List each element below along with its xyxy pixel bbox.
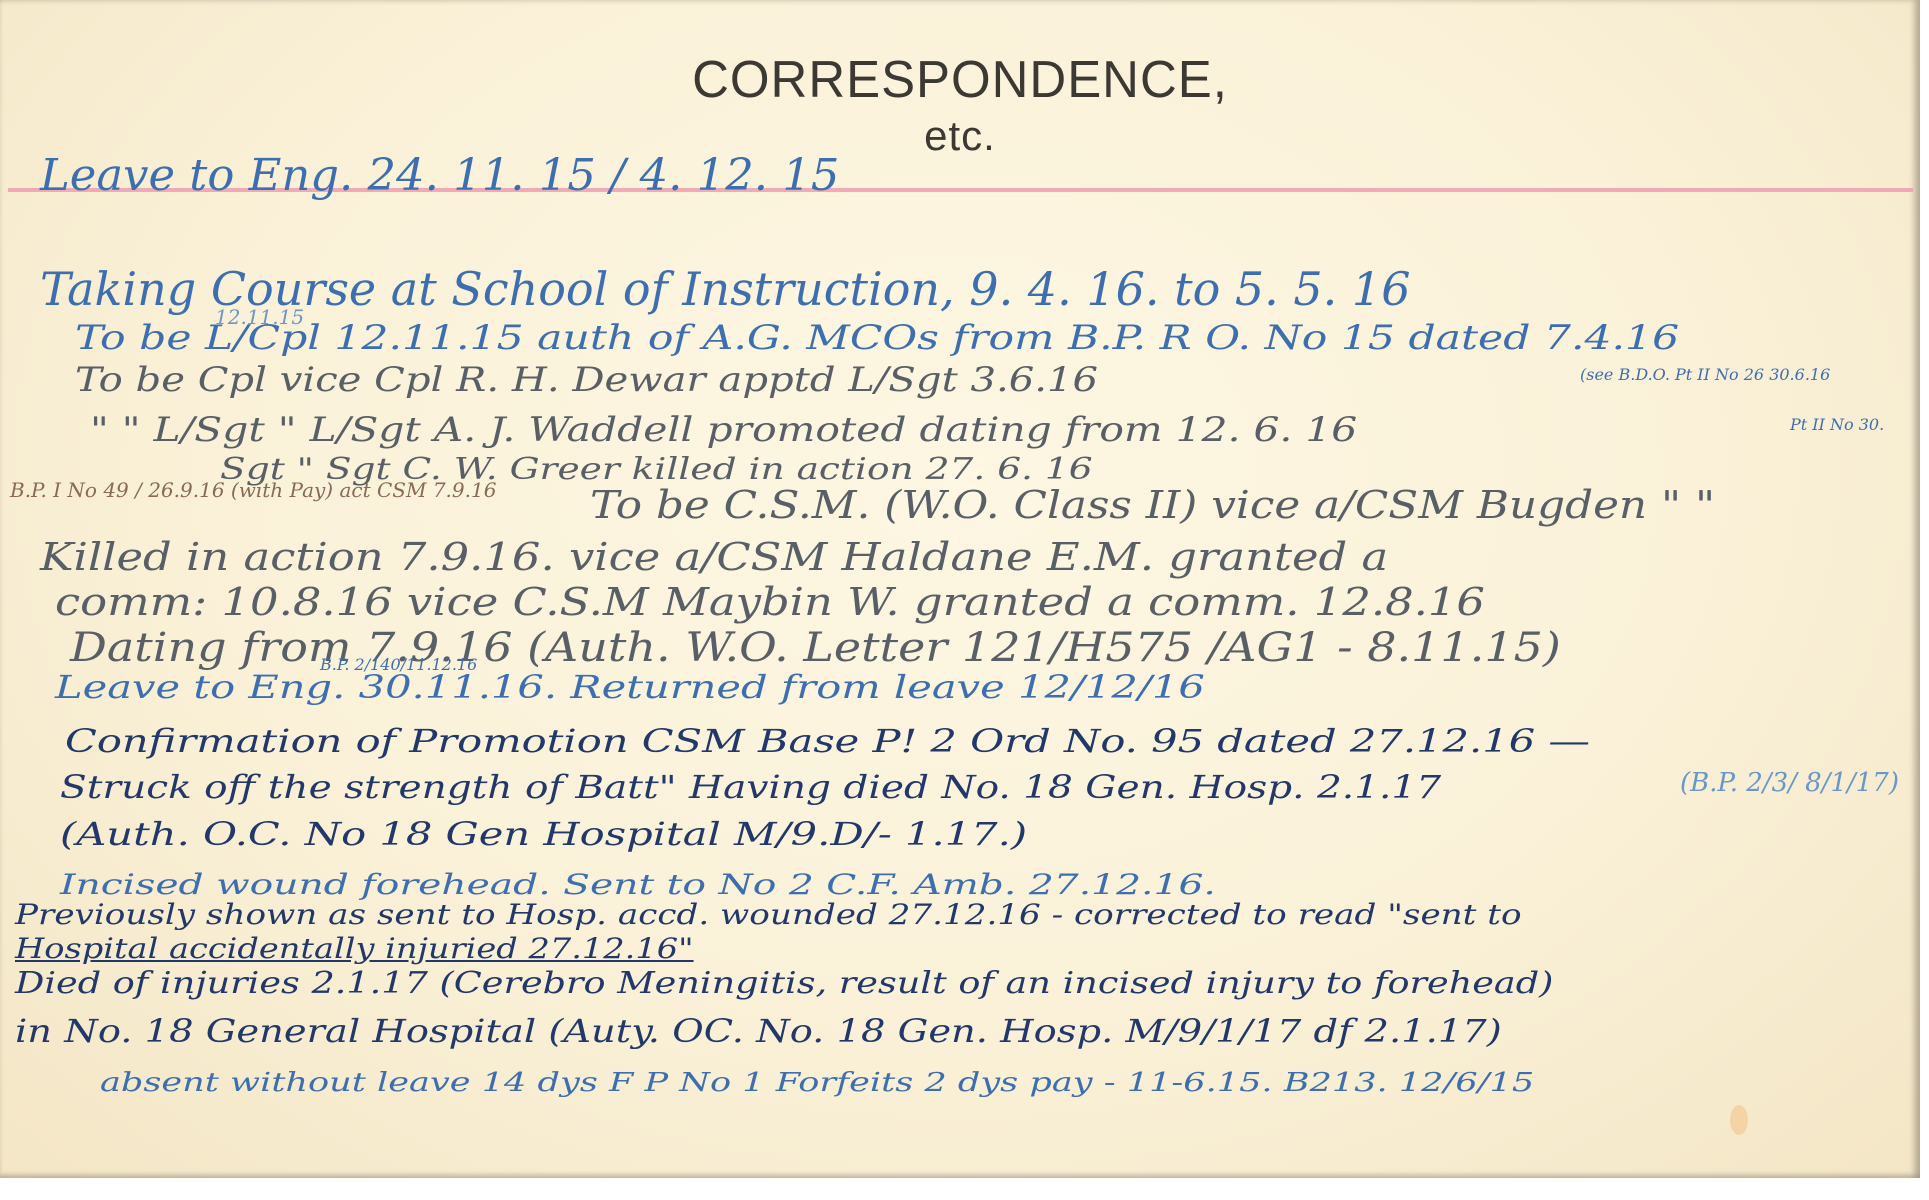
entry-cpl: To be Cpl vice Cpl R. H. Dewar apptd L/S…	[75, 360, 1098, 400]
entry-in-no18: in No. 18 General Hospital (Auty. OC. No…	[15, 1012, 1502, 1050]
entry-confirmation: Confirmation of Promotion CSM Base P! 2 …	[65, 722, 1590, 760]
entry-previously: Previously shown as sent to Hosp. accd. …	[15, 898, 1522, 931]
entry-lsgt: " " L/Sgt " L/Sgt A. J. Waddell promoted…	[90, 410, 1357, 450]
service-record-card: CORRESPONDENCE, etc. Leave to Eng. 24. 1…	[0, 0, 1920, 1178]
entry-leave-1916: Leave to Eng. 30.11.16. Returned from le…	[55, 668, 1205, 706]
paper-stain	[1730, 1105, 1748, 1135]
entry-csm: To be C.S.M. (W.O. Class II) vice a/CSM …	[590, 483, 1715, 527]
entry-cpl-ref: (see B.D.O. Pt II No 26 30.6.16	[1580, 365, 1830, 384]
entry-side-ref: B.P. I No 49 / 26.9.16 (with Pay) act CS…	[10, 478, 496, 502]
entry-killed: Killed in action 7.9.16. vice a/CSM Hald…	[40, 535, 1388, 579]
entry-struck-off: Struck off the strength of Batt" Having …	[60, 768, 1441, 806]
entry-comm: comm: 10.8.16 vice C.S.M Maybin W. grant…	[55, 580, 1485, 624]
entry-died: Died of injuries 2.1.17 (Cerebro Meningi…	[15, 966, 1553, 1001]
entry-leave-1915: Leave to Eng. 24. 11. 15 / 4. 12. 15	[40, 150, 839, 201]
entry-hospital: Hospital accidentally injuried 27.12.16"	[15, 932, 694, 965]
entry-lsgt-ref: Pt II No 30.	[1790, 415, 1884, 434]
entry-auth-oc: (Auth. O.C. No 18 Gen Hospital M/9.D/- 1…	[60, 815, 1027, 853]
entry-lcpl: To be L/Cpl 12.11.15 auth of A.G. MCOs f…	[75, 318, 1679, 358]
card-heading: CORRESPONDENCE,	[19, 50, 1901, 110]
entry-absent: absent without leave 14 dys F P No 1 For…	[100, 1068, 1534, 1098]
entry-dating: Dating from 7.9.16 (Auth. W.O. Letter 12…	[70, 625, 1561, 671]
entry-incised: Incised wound forehead. Sent to No 2 C.F…	[60, 868, 1216, 901]
entry-struck-off-ref: (B.P. 2/3/ 8/1/17)	[1680, 768, 1899, 798]
